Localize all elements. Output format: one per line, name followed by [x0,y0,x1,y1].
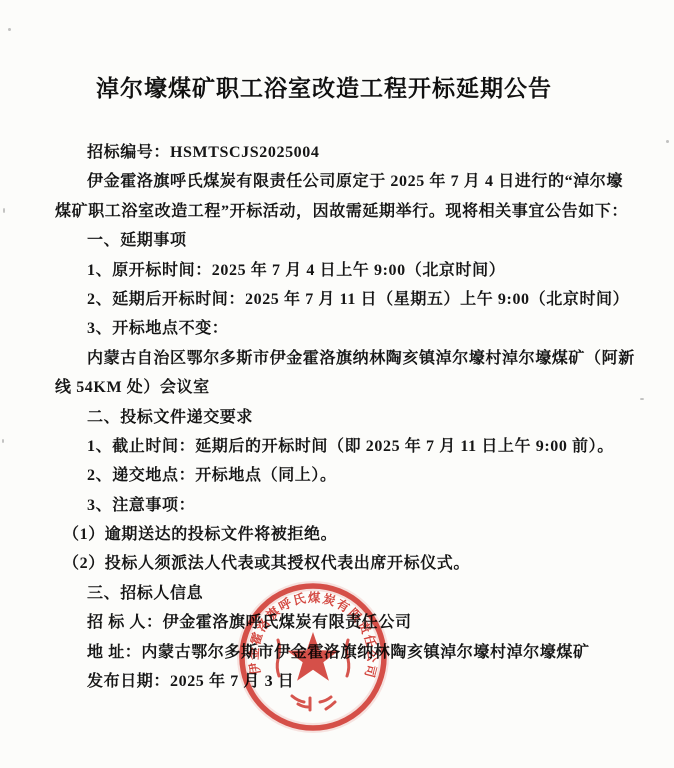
scan-artifact [666,140,669,143]
document-line: 2、递交地点：开标地点（同上）。 [55,461,627,490]
document-line: 地 址：内蒙古鄂尔多斯市伊金霍洛旗纳林陶亥镇淖尔壕村淖尔壕煤矿 [55,638,627,667]
document-line: 内蒙古自治区鄂尔多斯市伊金霍洛旗纳林陶亥镇淖尔壕村淖尔壕煤矿（阿新 [55,344,627,373]
document-line: 招标编号：HSMTSCJS2025004 [55,138,627,167]
document-line: 3、开标地点不变： [55,314,627,343]
document-line: 线 54KM 处）会议室 [55,373,627,402]
document-line: 招 标 人：伊金霍洛旗呼氏煤炭有限责任公司 [55,608,627,637]
document-line: 伊金霍洛旗呼氏煤炭有限责任公司原定于 2025 年 7 月 4 日进行的“淖尔壕 [55,167,627,196]
document-line: 煤矿职工浴室改造工程”开标活动，因故需延期举行。现将相关事宜公告如下： [55,197,627,226]
document-line: 2、延期后开标时间：2025 年 7 月 11 日（星期五）上午 9:00（北京… [55,285,627,314]
scanned-notice-page: 淖尔壕煤矿职工浴室改造工程开标延期公告 招标编号：HSMTSCJS2025004… [0,0,674,768]
document-line: 三、招标人信息 [55,579,627,608]
document-line: （2）投标人须派法人代表或其授权代表出席开标仪式。 [55,549,627,578]
document-line: （1）逾期送达的投标文件将被拒绝。 [55,520,627,549]
document-line: 二、投标文件递交要求 [55,403,627,432]
document-body: 招标编号：HSMTSCJS2025004伊金霍洛旗呼氏煤炭有限责任公司原定于 2… [55,138,627,696]
scan-artifact [2,439,4,443]
scan-artifact [3,208,5,213]
scan-artifact [8,28,11,31]
document-line: 1、原开标时间：2025 年 7 月 4 日上午 9:00（北京时间） [55,256,627,285]
document-line: 发布日期：2025 年 7 月 3 日 [55,667,627,696]
document-title: 淖尔壕煤矿职工浴室改造工程开标延期公告 [0,70,648,103]
document-line: 一、延期事项 [55,226,627,255]
document-line: 3、注意事项： [55,491,627,520]
scan-artifact [640,398,644,400]
document-line: 1、截止时间：延期后的开标时间（即 2025 年 7 月 11 日上午 9:00… [55,432,627,461]
